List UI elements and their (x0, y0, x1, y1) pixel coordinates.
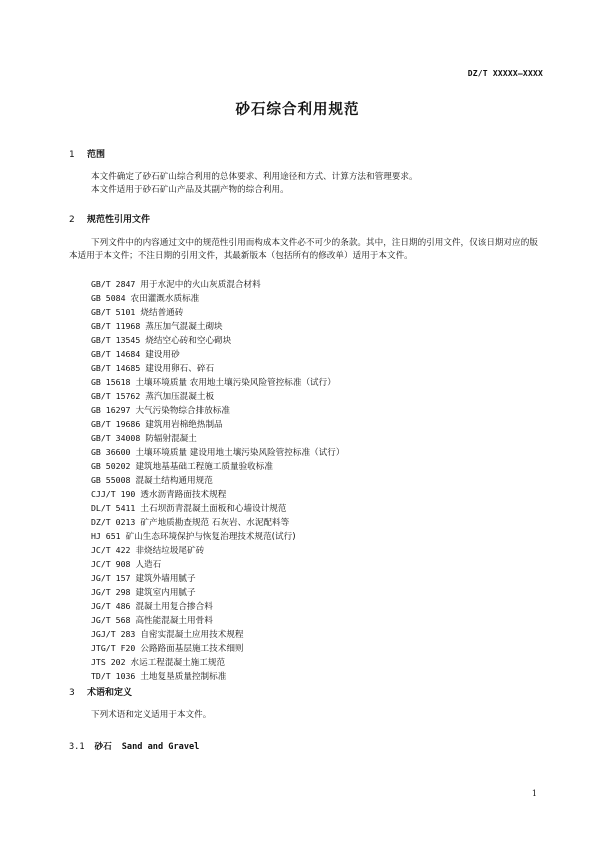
reference-code: GB/T 11968 (91, 321, 140, 331)
reference-item: CJJ/T 190透水沥青路面技术规程 (91, 488, 344, 502)
reference-name: 透水沥青路面技术规程 (140, 490, 226, 500)
reference-name: 建筑用岩棉绝热制品 (145, 420, 222, 430)
reference-code: HJ 651 (91, 531, 121, 541)
section-number: 2 (69, 215, 87, 225)
reference-item: JG/T 568高性能混凝土用骨料 (91, 614, 344, 628)
document-code: DZ/T XXXXX—XXXX (468, 69, 543, 78)
reference-item: GB 5084农田灌溉水质标准 (91, 292, 344, 306)
reference-item: GB 15618土壤环境质量 农用地土壤污染风险管控标准（试行） (91, 376, 344, 390)
reference-item: GB 50202建筑地基基础工程施工质量验收标准 (91, 460, 344, 474)
reference-item: GB/T 2847用于水泥中的火山灰质混合材料 (91, 278, 344, 292)
reference-item: TD/T 1036土地复垦质量控制标准 (91, 670, 344, 684)
reference-code: GB/T 14684 (91, 349, 140, 359)
reference-code: GB 16297 (91, 405, 130, 415)
reference-item: JTG/T F20公路路面基层施工技术细则 (91, 642, 344, 656)
reference-code: DL/T 5411 (91, 503, 135, 513)
reference-name: 建筑外墙用腻子 (135, 574, 195, 584)
paragraph: 下列术语和定义适用于本文件。 (69, 709, 539, 722)
reference-item: JTS 202水运工程混凝土施工规范 (91, 656, 344, 670)
section-heading-normative-references: 2规范性引用文件 (69, 212, 150, 225)
reference-name: 烧结空心砖和空心砌块 (145, 336, 231, 346)
reference-name: 建设用砂 (145, 350, 179, 360)
reference-code: JTS 202 (91, 657, 126, 667)
reference-name: 自密实混凝土应用技术规程 (140, 630, 243, 640)
reference-item: GB 55008混凝土结构通用规范 (91, 474, 344, 488)
reference-item: DL/T 5411土石坝沥青混凝土面板和心墙设计规范 (91, 502, 344, 516)
reference-name: 混凝土用复合掺合料 (135, 602, 212, 612)
reference-name: 土石坝沥青混凝土面板和心墙设计规范 (140, 504, 286, 514)
reference-code: TD/T 1036 (91, 671, 135, 681)
reference-item: JG/T 298建筑室内用腻子 (91, 586, 344, 600)
reference-name: 烧结普通砖 (140, 308, 183, 318)
paragraph: 本文件适用于砂石矿山产品及其副产物的综合利用。 (69, 184, 539, 197)
reference-code: GB/T 14685 (91, 363, 140, 373)
reference-name: 土地复垦质量控制标准 (140, 672, 226, 682)
reference-code: GB/T 13545 (91, 335, 140, 345)
reference-item: GB/T 11968蒸压加气混凝土砌块 (91, 320, 344, 334)
term-number: 3.1 (69, 742, 85, 752)
reference-item: JG/T 486混凝土用复合掺合料 (91, 600, 344, 614)
reference-name: 建筑地基基础工程施工质量验收标准 (135, 462, 273, 472)
reference-name: 水运工程混凝土施工规范 (131, 658, 226, 668)
reference-code: JC/T 908 (91, 559, 130, 569)
reference-item: GB 36600土壤环境质量 建设用地土壤污染风险管控标准（试行） (91, 446, 344, 460)
reference-name: 蒸压加气混凝土砌块 (145, 322, 222, 332)
reference-item: GB/T 13545烧结空心砖和空心砌块 (91, 334, 344, 348)
reference-code: JC/T 422 (91, 545, 130, 555)
reference-name: 公路路面基层施工技术细则 (140, 644, 243, 654)
reference-name: 矿产地质勘查规范 石灰岩、水泥配料等 (140, 518, 289, 528)
term-chinese: 砂石 (95, 742, 112, 752)
reference-item: JC/T 908人造石 (91, 558, 344, 572)
section-heading-terms-definitions: 3术语和定义 (69, 685, 132, 698)
reference-code: JG/T 568 (91, 615, 130, 625)
reference-name: 大气污染物综合排放标准 (135, 406, 230, 416)
reference-name: 土壤环境质量 农用地土壤污染风险管控标准（试行） (135, 378, 335, 388)
reference-name: 高性能混凝土用骨料 (135, 616, 212, 626)
reference-code: JG/T 298 (91, 587, 130, 597)
reference-item: HJ 651矿山生态环境保护与恢复治理技术规范(试行) (91, 530, 344, 544)
reference-list: GB/T 2847用于水泥中的火山灰质混合材料 GB 5084农田灌溉水质标准 … (91, 278, 344, 684)
reference-name: 防辐射混凝土 (145, 434, 197, 444)
paragraph: 本文件确定了砂石矿山综合利用的总体要求、利用途径和方式、计算方法和管理要求。 (69, 171, 539, 184)
term-entry: 3.1砂石Sand and Gravel (69, 740, 199, 752)
reference-item: GB/T 5101烧结普通砖 (91, 306, 344, 320)
reference-item: GB/T 34008防辐射混凝土 (91, 432, 344, 446)
reference-code: JG/T 486 (91, 601, 130, 611)
page-number: 1 (532, 789, 537, 798)
reference-item: DZ/T 0213矿产地质勘查规范 石灰岩、水泥配料等 (91, 516, 344, 530)
reference-name: 建筑室内用腻子 (135, 588, 195, 598)
section-title: 术语和定义 (87, 688, 132, 698)
reference-code: CJJ/T 190 (91, 489, 135, 499)
reference-item: GB 16297大气污染物综合排放标准 (91, 404, 344, 418)
paragraph: 下列文件中的内容通过文中的规范性引用而构成本文件必不可少的条款。其中，注日期的引… (69, 237, 539, 263)
reference-item: JG/T 157建筑外墙用腻子 (91, 572, 344, 586)
reference-item: JGJ/T 283自密实混凝土应用技术规程 (91, 628, 344, 642)
reference-name: 矿山生态环境保护与恢复治理技术规范(试行) (126, 532, 296, 542)
reference-item: GB/T 19686建筑用岩棉绝热制品 (91, 418, 344, 432)
reference-item: GB/T 15762蒸汽加压混凝土板 (91, 390, 344, 404)
section-number: 1 (69, 150, 87, 160)
reference-code: GB/T 34008 (91, 433, 140, 443)
section-title: 范围 (87, 150, 105, 160)
reference-code: DZ/T 0213 (91, 517, 135, 527)
section-number: 3 (69, 688, 87, 698)
reference-item: JC/T 422非烧结垃圾尾矿砖 (91, 544, 344, 558)
section-title: 规范性引用文件 (87, 215, 150, 225)
reference-name: 土壤环境质量 建设用地土壤污染风险管控标准（试行） (135, 448, 344, 458)
reference-name: 人造石 (135, 560, 161, 570)
reference-item: GB/T 14684建设用砂 (91, 348, 344, 362)
reference-name: 蒸汽加压混凝土板 (145, 392, 214, 402)
reference-name: 混凝土结构通用规范 (135, 476, 212, 486)
reference-name: 建设用卵石、碎石 (145, 364, 214, 374)
reference-code: GB 55008 (91, 475, 130, 485)
reference-code: GB 36600 (91, 447, 130, 457)
reference-code: JGJ/T 283 (91, 629, 135, 639)
reference-code: GB 5084 (91, 293, 126, 303)
reference-name: 非烧结垃圾尾矿砖 (135, 546, 204, 556)
term-english: Sand and Gravel (122, 742, 200, 752)
reference-code: GB/T 5101 (91, 307, 135, 317)
section-heading-scope: 1范围 (69, 147, 105, 160)
reference-code: JTG/T F20 (91, 643, 135, 653)
reference-name: 农田灌溉水质标准 (131, 294, 200, 304)
reference-name: 用于水泥中的火山灰质混合材料 (140, 280, 260, 290)
document-title: 砂石综合利用规范 (0, 98, 595, 119)
reference-code: GB/T 19686 (91, 419, 140, 429)
reference-code: JG/T 157 (91, 573, 130, 583)
reference-code: GB 50202 (91, 461, 130, 471)
reference-code: GB/T 2847 (91, 279, 135, 289)
reference-code: GB 15618 (91, 377, 130, 387)
reference-item: GB/T 14685建设用卵石、碎石 (91, 362, 344, 376)
reference-code: GB/T 15762 (91, 391, 140, 401)
